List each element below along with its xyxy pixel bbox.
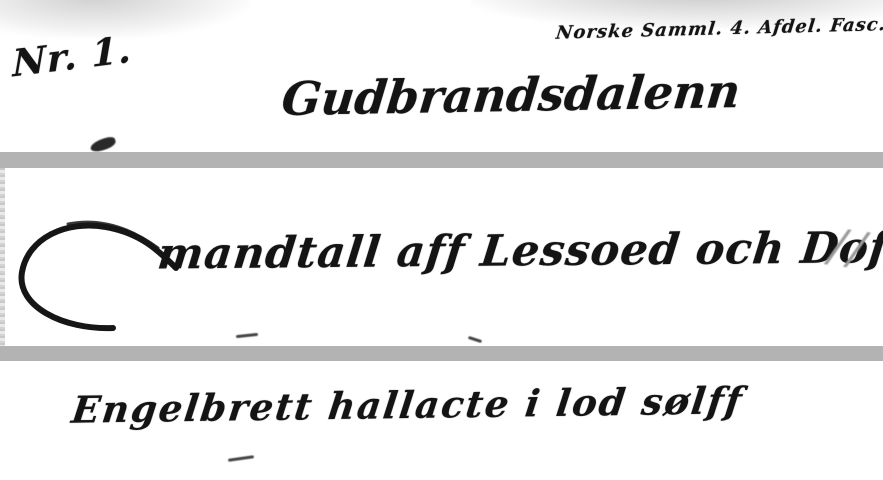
stray-ink-mark [228,455,254,462]
scan-edge-artifact [0,168,5,346]
scan-divider-bar [0,346,883,361]
pencil-margin-mark: // [826,218,872,277]
manuscript-page: Nr. 1. Norske Samml. 4. Afdel. Fasc. 1. … [0,0,883,480]
ink-blot [89,135,117,152]
document-number: Nr. 1. [12,27,132,86]
scan-divider-bar [0,152,883,168]
taxpayer-entry-line: Engelbrett hallacte i lod sølff [69,378,746,431]
stray-ink-mark [468,336,482,343]
region-title: Gudbrandsdalenn [279,64,743,126]
stray-ink-mark [236,333,258,338]
census-title-line: mandtall aff Lessoed och Doffre [155,222,883,279]
archive-reference-note: Norske Samml. 4. Afdel. Fasc. 1. [555,13,883,43]
paper-strip-bottom: Engelbrett hallacte i lod sølff [0,361,883,480]
paper-strip-middle: mandtall aff Lessoed och Doffre // [0,168,883,346]
paper-strip-top: Nr. 1. Norske Samml. 4. Afdel. Fasc. 1. … [0,0,883,152]
